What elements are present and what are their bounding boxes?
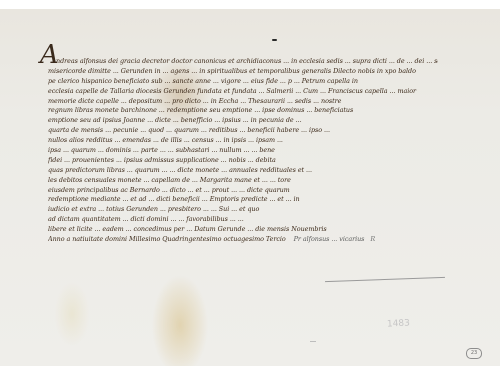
text-line: regnum libras monete barchinone ... rede…	[48, 106, 438, 116]
text-line: redemptione mediante ... et ad ... dicti…	[48, 195, 438, 205]
signature: Pr alfonsus ... vicarius	[294, 235, 365, 243]
signature-mark: R	[370, 235, 375, 243]
text-line: eiusdem principalibus ac Bernardo ... di…	[48, 186, 438, 196]
text-line: ipsa ... quarum ... dominis ... parte ..…	[48, 146, 438, 156]
text-line: les debitos censuales monete ... capella…	[48, 176, 438, 186]
text-line: memorie dicte capelle ... depositum ... …	[48, 97, 438, 107]
text-line: pe clerico hispanico beneficiato sub ...…	[48, 77, 438, 87]
text-line: quas predictorum libras ... quarum ... .…	[48, 166, 438, 176]
ink-blot	[272, 39, 277, 41]
text-line: iudicio et extra ... totius Gerunden ...…	[48, 205, 438, 215]
manuscript-text: ndreas alfonsus dei gracia decretor doct…	[56, 57, 438, 245]
text-line: ad dictam quantitatem ... dicti domini .…	[48, 215, 438, 225]
final-line-text: Anno a natiuitate domini Millesimo Quadr…	[48, 235, 286, 243]
archive-number-stamp: 23	[466, 348, 482, 359]
text-line: quarta de mensis ... pecunie ... quod ..…	[48, 126, 438, 136]
pencil-date-annotation: 1483	[387, 318, 410, 329]
text-line: nullos alios redditus ... emendas ... de…	[48, 136, 438, 146]
text-line: Anno a natiuitate domini Millesimo Quadr…	[48, 235, 438, 245]
pencil-dash	[310, 341, 316, 342]
text-line: misericorde dimitte ... Gerunden in ... …	[48, 67, 438, 77]
text-line: ecclesia capelle de Tallaria diocesis Ge…	[48, 87, 438, 97]
text-line: emptione seu ad ipsius Joanne ... dicte …	[48, 116, 438, 126]
text-line: ndreas alfonsus dei gracia decretor doct…	[56, 57, 438, 67]
text-line: libere et licite ... eadem ... concedimu…	[48, 225, 438, 235]
text-line: fidei ... prouenientes ... ipsius admiss…	[48, 156, 438, 166]
